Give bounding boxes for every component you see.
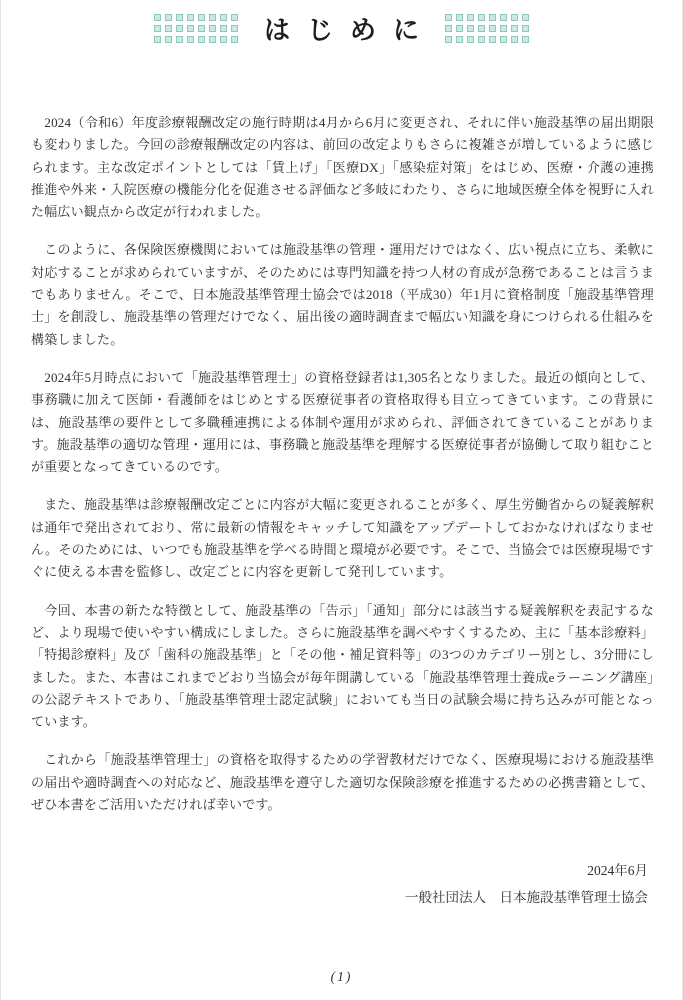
dot-square-icon — [209, 14, 216, 21]
dot-square-icon — [187, 36, 194, 43]
paragraph-3: 2024年5月時点において「施設基準管理士」の資格登録者は1,305名となりまし… — [31, 367, 654, 478]
dot-square-icon — [511, 36, 518, 43]
dot-square-icon — [445, 25, 452, 32]
dot-square-icon — [220, 14, 227, 21]
body-text: 2024（令和6）年度診療報酬改定の施行時期は4月から6月に変更され、それに伴い… — [31, 112, 654, 816]
dot-square-icon — [220, 36, 227, 43]
dot-square-icon — [500, 36, 507, 43]
dot-square-icon — [478, 36, 485, 43]
dot-square-icon — [478, 14, 485, 21]
dot-square-icon — [176, 36, 183, 43]
dot-square-icon — [198, 36, 205, 43]
page-number: (1) — [331, 969, 353, 984]
dot-square-icon — [231, 25, 238, 32]
dot-square-icon — [467, 14, 474, 21]
dot-square-icon — [198, 25, 205, 32]
dot-square-icon — [456, 36, 463, 43]
dot-square-icon — [489, 14, 496, 21]
dot-square-icon — [445, 36, 452, 43]
dot-square-icon — [176, 14, 183, 21]
paragraph-6: これから「施設基準管理士」の資格を取得するための学習教材だけでなく、医療現場にお… — [31, 749, 654, 816]
dot-square-icon — [220, 25, 227, 32]
dot-square-icon — [187, 25, 194, 32]
dot-grid-ornament-left — [154, 14, 238, 43]
dot-square-icon — [522, 36, 529, 43]
page-footer: (1) — [1, 968, 682, 986]
page-header: はじめに — [1, 0, 682, 48]
dot-grid-ornament-right — [445, 14, 529, 43]
dot-square-icon — [456, 14, 463, 21]
dot-square-icon — [500, 25, 507, 32]
dot-square-icon — [154, 25, 161, 32]
dot-square-icon — [231, 36, 238, 43]
dot-square-icon — [522, 14, 529, 21]
dot-square-icon — [198, 14, 205, 21]
paragraph-5: 今回、本書の新たな特徴として、施設基準の「告示」「通知」部分には該当する疑義解釈… — [31, 600, 654, 734]
paragraph-4: また、施設基準は診療報酬改定ごとに内容が大幅に変更されることが多く、厚生労働省か… — [31, 494, 654, 583]
dot-square-icon — [176, 25, 183, 32]
dot-square-icon — [522, 25, 529, 32]
dot-square-icon — [231, 14, 238, 21]
paragraph-2: このように、各保険医療機関においては施設基準の管理・運用だけではなく、広い視点に… — [31, 239, 654, 350]
dot-square-icon — [467, 25, 474, 32]
dot-square-icon — [154, 14, 161, 21]
dot-square-icon — [209, 36, 216, 43]
dot-square-icon — [165, 14, 172, 21]
dot-square-icon — [165, 36, 172, 43]
dot-square-icon — [445, 14, 452, 21]
dot-square-icon — [154, 36, 161, 43]
page-title: はじめに — [264, 10, 436, 47]
dot-square-icon — [489, 25, 496, 32]
dot-square-icon — [187, 14, 194, 21]
dot-square-icon — [511, 14, 518, 21]
dot-square-icon — [500, 14, 507, 21]
signature-date: 2024年6月 — [1, 860, 648, 882]
dot-square-icon — [456, 25, 463, 32]
dot-square-icon — [209, 25, 216, 32]
document-page: はじめに 2024（令和6）年度診療報酬改定の施行時期は4月から6月に変更され、… — [0, 0, 683, 1000]
dot-square-icon — [511, 25, 518, 32]
dot-square-icon — [467, 36, 474, 43]
signature-block: 2024年6月 一般社団法人 日本施設基準管理士協会 — [1, 860, 648, 908]
paragraph-1: 2024（令和6）年度診療報酬改定の施行時期は4月から6月に変更され、それに伴い… — [31, 112, 654, 223]
dot-square-icon — [165, 25, 172, 32]
signature-organization: 一般社団法人 日本施設基準管理士協会 — [1, 887, 648, 909]
dot-square-icon — [478, 25, 485, 32]
dot-square-icon — [489, 36, 496, 43]
